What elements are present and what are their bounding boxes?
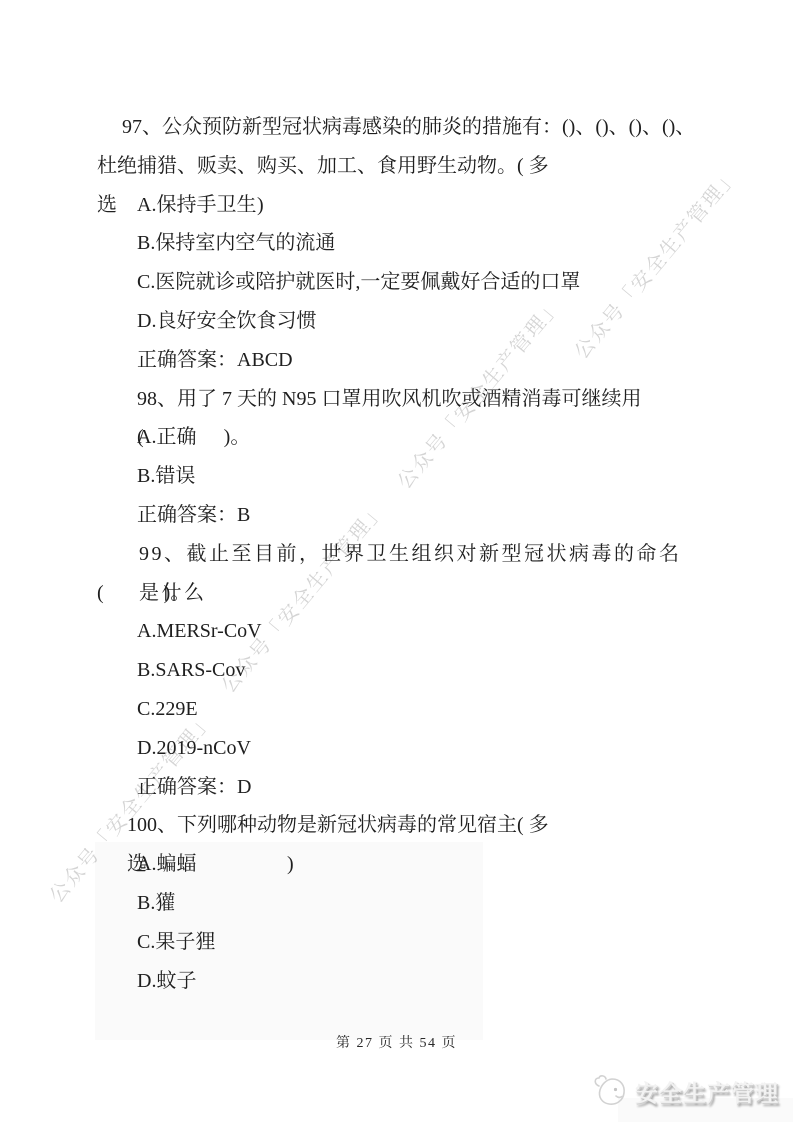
question-97-option-a: A.保持手卫生 [97,186,703,225]
question-100-text: 100、下列哪种动物是新冠状病毒的常见宿主( 多选 ) [97,806,703,845]
question-100-option-c: C.果子狸 [97,923,703,962]
question-99-text-cont: ( )。 [97,574,703,613]
question-97-answer: 正确答案：ABCD [97,341,703,380]
question-99-text: 99、截止至目前，世界卫生组织对新型冠状病毒的命名是什么 [97,535,703,574]
question-98-option-a: A.正确 [97,418,703,457]
questions-block: 97、公众预防新型冠状病毒感染的肺炎的措施有：()、()、()、()、 杜绝捕猎… [97,108,703,1000]
question-97-option-b: B.保持室内空气的流通 [97,224,703,263]
page-number: 第 27 页 共 54 页 [0,1032,793,1052]
question-97-option-c: C.医院就诊或陪护就医时,一定要佩戴好合适的口罩 [97,263,703,302]
question-98-text: 98、用了 7 天的 N95 口罩用吹风机吹或酒精消毒可继续用( )。 [97,380,703,419]
document-page: 公众号「安全生产管理」 公众号「安全生产管理」 公众号「安全生产管理」 公众号「… [0,0,793,1122]
brand-name: 安全生产管理 [635,1075,779,1108]
question-97-text: 97、公众预防新型冠状病毒感染的肺炎的措施有：()、()、()、()、 [97,108,703,147]
question-99-option-d: D.2019-nCoV [97,729,703,768]
question-100-option-d: D.蚊子 [97,962,703,1001]
question-97-option-d: D.良好安全饮食习惯 [97,302,703,341]
question-99-option-c: C.229E [97,690,703,729]
question-97-text-cont: 杜绝捕猎、贩卖、购买、加工、食用野生动物。( 多选 ) [97,147,703,186]
question-98-answer: 正确答案：B [97,496,703,535]
question-99-option-a: A.MERSr-CoV [97,612,703,651]
question-100-option-a: A.蝙蝠 [97,845,703,884]
question-99-option-b: B.SARS-Cov [97,651,703,690]
question-100-option-b: B.獾 [97,884,703,923]
whale-icon [590,1074,628,1108]
question-99-answer: 正确答案：D [97,768,703,807]
brand-logo: 安全生产管理 [590,1074,779,1108]
question-98-option-b: B.错误 [97,457,703,496]
